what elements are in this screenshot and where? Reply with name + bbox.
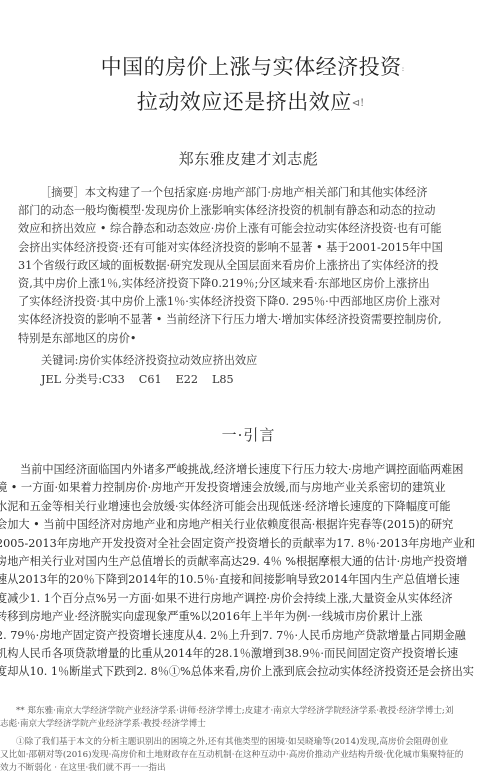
abstract-line: 效应和挤出效应 • 综合静态和动态效应·房价上涨有可能会拉动实体经济投资·也有可… [18,220,480,238]
keywords-line: 关键词:房价实体经济投资拉动效应挤出效应 [41,352,257,368]
jel-code: C61 [139,373,162,386]
abstract-line: 特别是东部地区的房价• [18,330,480,348]
jel-code: L85 [212,373,234,386]
body-line: 会加大 • 当前中国经济对房地产业和房地产相关行业依赖度很高·根据许宪春等(20… [0,516,497,534]
keywords-text: 房价实体经济投资拉动效应挤出效应 [78,354,257,367]
footnotes: ** 郑东雅·南京大学经济学院产业经济学系·讲师·经济学博士;皮建才·南京大学经… [0,705,497,775]
body-line: 机构人民币各项贷款增量的比重从2014年的28.1％激增到38.9％·而民间固定… [0,645,497,663]
body-line: 速从2013年的20％下降到2014年的10.5％·直接和间接影响导致2014年… [0,571,497,589]
abstract-line: 部门的动态一般均衡模型·发现房价上涨影响实体经济投资的机制有静态和动态的拉动 [18,202,480,220]
author-footnote-line: 志彪·南京大学经济学院产业经济学系·教授·经济学博士 [0,718,497,731]
title-text-1: 中国的房价上涨与实体经济投资 [101,55,402,79]
body-line: 境 • 一方面·如果着力控制房价·房地产开发投资增速会放缓,而与房地产业关系密切… [0,479,497,497]
title-note-mark-icon: ⊲! [352,98,364,109]
title-text-2: 拉动效应还是挤出效应 [137,90,352,114]
body-line: 当前中国经济面临国内外诸多严峻挑战,经济增长速度下行压力较大·房地产调控面临两难… [0,461,497,479]
footnote-1-line: ①除了我们基于本文的分析主题识别出的困境之外,还有其他类型的困境·如吴晓瑜等(2… [0,736,497,749]
abstract-line: 资,其中房价上涨1％,实体经济投资下降0.219％;分区域来看·东部地区房价上涨… [18,275,480,293]
abstract-line: 会挤出实体经济投资·还有可能对实体经济投资的影响不显著 • 基于2001-201… [18,239,480,257]
author-list: 郑东雅皮建才刘志彪 [0,148,497,169]
abstract: ［摘要］本文构建了一个包括家庭·房地产部门·房地产相关部门和其他实体经济 部门的… [18,184,480,348]
abstract-line: ［摘要］本文构建了一个包括家庭·房地产部门·房地产相关部门和其他实体经济 [18,184,480,202]
keywords-label: 关键词: [41,354,78,367]
jel-code: C33 [102,373,125,386]
body-line: 房地产相关行业对国内生产总值增长的贡献率高达29. 4％ %根据摩根大通的估计·… [0,553,497,571]
author-footnote-mark: ** [16,706,25,716]
abstract-line: 31个省级行政区域的面板数据·研究发现从全国层面来看房价上涨挤出了实体经济的投 [18,257,480,275]
paper-title-line-2: 拉动效应还是挤出效应⊲! [2,86,497,116]
body-line: 度却从10. 1％断崖式下跌到2. 8％①%总体来看,房价上涨到底会拉动实体经济… [0,663,497,681]
abstract-line: 实体经济投资的影响不显著 • 当前经济下行压力增大·增加实体经济投资需要控制房价… [18,311,480,329]
body-line: 水泥和五金等相关行业增速也会放缓·实体经济可能会出现低迷·经济增长速度的下降幅度… [0,498,497,516]
title-footnote-marker: : [402,64,405,73]
footnote-1-line: 又比如·邵朝对等(2016)发现·高房价和土地财政存在互动机制·在这种互动中·高… [0,749,497,762]
paper-page: 中国的房价上涨与实体经济投资: 拉动效应还是挤出效应⊲! 郑东雅皮建才刘志彪 ［… [0,0,497,781]
body-line: 2. 79％·房地产固定资产投资增长速度从4. 2％上升到7. 7％·人民币房地… [0,627,497,645]
footnote-1-line: 效力不断弱化 · 在这里·我们就不再一一指出 [0,762,497,775]
author-footnote-line: ** 郑东雅·南京大学经济学院产业经济学系·讲师·经济学博士;皮建才·南京大学经… [0,705,497,718]
jel-label: JEL 分类号: [41,373,102,386]
paper-title-line-1: 中国的房价上涨与实体经济投资: [4,51,497,81]
body-line: 2005-2013年房地产开发投资对全社会固定资产投资增长的贡献率为17. 8％… [0,535,497,553]
body-line: 度减少1. 1个百分点%另一方面·如果不进行房地产调控·房价会持续上涨,大量资金… [0,590,497,608]
abstract-label: ［摘要］ [40,186,85,199]
jel-code: E22 [176,373,198,386]
abstract-line: 了实体经济投资·其中房价上涨1％·实体经济投资下降0. 295％·中西部地区房价… [18,293,480,311]
section-heading-introduction: 一·引言 [0,424,497,445]
body-line: 转移到房地产业·经济脱实向虚现象严重%以2016年上半年为例·一线城市房价累计上… [0,608,497,626]
introduction-body: 当前中国经济面临国内外诸多严峻挑战,经济增长速度下行压力较大·房地产调控面临两难… [0,461,497,682]
jel-line: JEL 分类号:C33C61E22L85 [41,371,248,387]
